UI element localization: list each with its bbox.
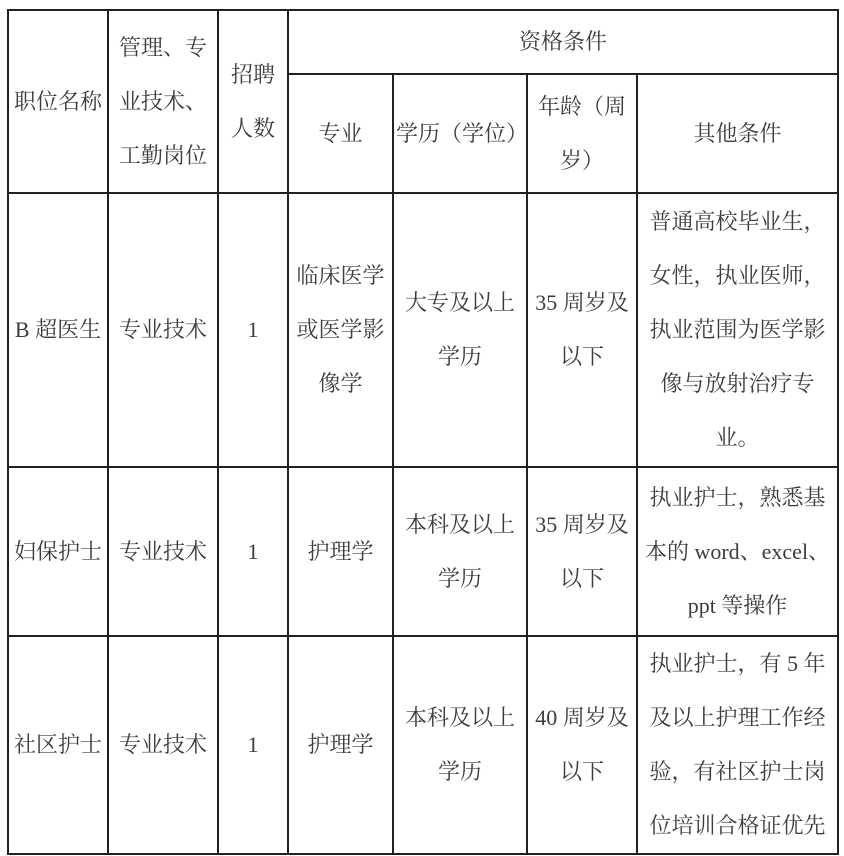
education-cell: 本科及以上 学历	[393, 636, 527, 854]
headcount-cell: 1	[218, 636, 288, 854]
category-cell: 专业技术	[108, 193, 218, 467]
other-conditions-cell: 执业护士，熟悉基 本的 word、excel、 ppt 等操作	[637, 467, 838, 636]
table-row: B 超医生 专业技术 1 临床医学 或医学影 像学 大专及以上 学历 35 周岁…	[8, 193, 838, 467]
header-other: 其他条件	[637, 74, 838, 193]
recruitment-table: 职位名称 管理、专 业技术、 工勤岗位 招聘 人数 资格条件 专业 学历（学位）…	[7, 9, 839, 855]
age-cell: 35 周岁及 以下	[527, 193, 637, 467]
major-cell: 护理学	[288, 467, 393, 636]
major-cell: 护理学	[288, 636, 393, 854]
header-age: 年龄（周 岁）	[527, 74, 637, 193]
position-cell: B 超医生	[8, 193, 108, 467]
header-major: 专业	[288, 74, 393, 193]
header-qualifications: 资格条件	[288, 10, 838, 74]
header-headcount: 招聘 人数	[218, 10, 288, 193]
category-cell: 专业技术	[108, 467, 218, 636]
education-cell: 大专及以上 学历	[393, 193, 527, 467]
headcount-cell: 1	[218, 467, 288, 636]
document-page: 职位名称 管理、专 业技术、 工勤岗位 招聘 人数 资格条件 专业 学历（学位）…	[0, 0, 844, 856]
header-category: 管理、专 业技术、 工勤岗位	[108, 10, 218, 193]
age-cell: 40 周岁及 以下	[527, 636, 637, 854]
header-education: 学历（学位）	[393, 74, 527, 193]
position-cell: 社区护士	[8, 636, 108, 854]
headcount-cell: 1	[218, 193, 288, 467]
major-cell: 临床医学 或医学影 像学	[288, 193, 393, 467]
header-position: 职位名称	[8, 10, 108, 193]
position-cell: 妇保护士	[8, 467, 108, 636]
education-cell: 本科及以上 学历	[393, 467, 527, 636]
table-row: 社区护士 专业技术 1 护理学 本科及以上 学历 40 周岁及 以下 执业护士，…	[8, 636, 838, 854]
category-cell: 专业技术	[108, 636, 218, 854]
age-cell: 35 周岁及 以下	[527, 467, 637, 636]
other-conditions-cell: 普通高校毕业生， 女性，执业医师， 执业范围为医学影 像与放射治疗专 业。	[637, 193, 838, 467]
header-row-top: 职位名称 管理、专 业技术、 工勤岗位 招聘 人数 资格条件	[8, 10, 838, 74]
other-conditions-cell: 执业护士，有 5 年 及以上护理工作经 验，有社区护士岗 位培训合格证优先	[637, 636, 838, 854]
table-row: 妇保护士 专业技术 1 护理学 本科及以上 学历 35 周岁及 以下 执业护士，…	[8, 467, 838, 636]
